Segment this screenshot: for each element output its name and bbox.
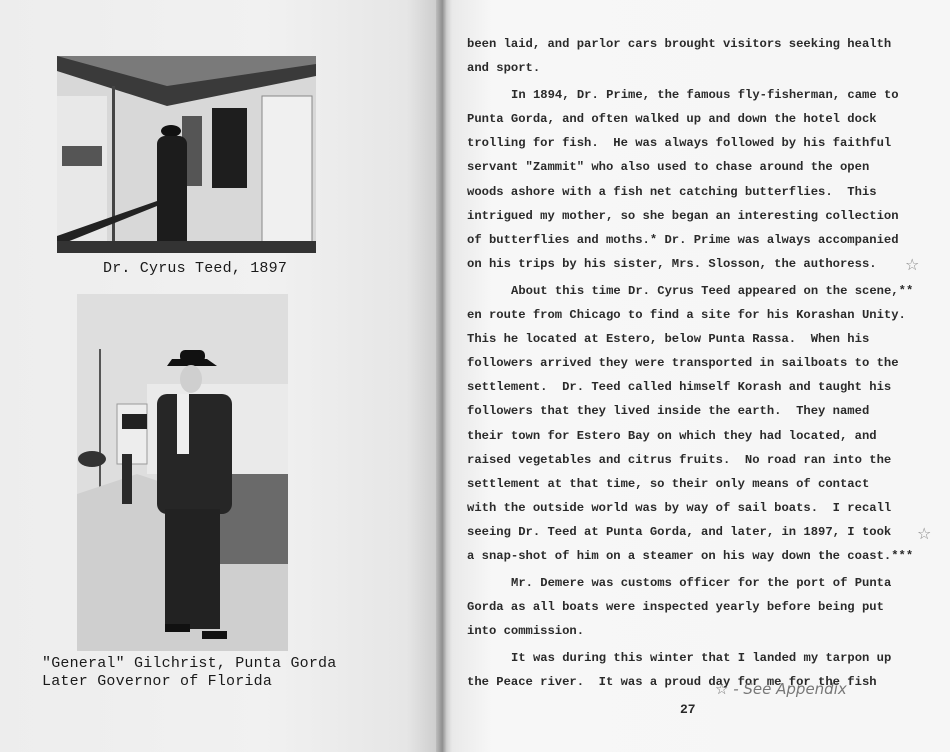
photo-gilchrist — [77, 294, 288, 651]
text-line: woods ashore with a fish net catching bu… — [467, 180, 937, 204]
text-line: Mr. Demere was customs officer for the p… — [467, 571, 937, 595]
text-line: of butterflies and moths.* Dr. Prime was… — [467, 228, 937, 252]
photo-caption-teed: Dr. Cyrus Teed, 1897 — [103, 260, 287, 277]
text-line: In 1894, Dr. Prime, the famous fly-fishe… — [467, 83, 937, 107]
text-line: and sport. — [467, 56, 937, 80]
text-line: settlement at that time, so their only m… — [467, 472, 937, 496]
text-line: on his trips by his sister, Mrs. Slosson… — [467, 252, 937, 276]
text-line: Gorda as all boats were inspected yearly… — [467, 595, 937, 619]
text-line: the Peace river. It was a proud day for … — [467, 670, 937, 694]
text-line: raised vegetables and citrus fruits. No … — [467, 448, 937, 472]
text-line: Punta Gorda, and often walked up and dow… — [467, 107, 937, 131]
text-line: been laid, and parlor cars brought visit… — [467, 32, 937, 56]
left-page: Dr. Cyrus Teed, 1897 "General" Gilchrist… — [0, 0, 442, 752]
body-text: been laid, and parlor cars brought visit… — [467, 32, 937, 695]
text-line: with the outside world was by way of sai… — [467, 496, 937, 520]
text-line: followers that they lived inside the ear… — [467, 399, 937, 423]
photo-caption-gilchrist: "General" Gilchrist, Punta GordaLater Go… — [42, 655, 336, 691]
text-line: trolling for fish. He was always followe… — [467, 131, 937, 155]
text-line: followers arrived they were transported … — [467, 351, 937, 375]
text-line: servant "Zammit" who also used to chase … — [467, 155, 937, 179]
text-line: a snap-shot of him on a steamer on his w… — [467, 544, 937, 568]
margin-star-icon: ☆ — [905, 255, 919, 274]
text-line: seeing Dr. Teed at Punta Gorda, and late… — [467, 520, 937, 544]
text-line: This he located at Estero, below Punta R… — [467, 327, 937, 351]
text-line: en route from Chicago to find a site for… — [467, 303, 937, 327]
text-line: About this time Dr. Cyrus Teed appeared … — [467, 279, 937, 303]
photo-cyrus-teed — [57, 56, 316, 253]
handwritten-note: ☆ - See Appendix — [715, 680, 847, 698]
text-line: intrigued my mother, so she began an int… — [467, 204, 937, 228]
text-line: It was during this winter that I landed … — [467, 646, 937, 670]
text-line: settlement. Dr. Teed called himself Kora… — [467, 375, 937, 399]
margin-star-icon: ☆ — [917, 524, 931, 543]
text-line: their town for Estero Bay on which they … — [467, 424, 937, 448]
page-number: 27 — [680, 702, 696, 717]
text-line: into commission. — [467, 619, 937, 643]
